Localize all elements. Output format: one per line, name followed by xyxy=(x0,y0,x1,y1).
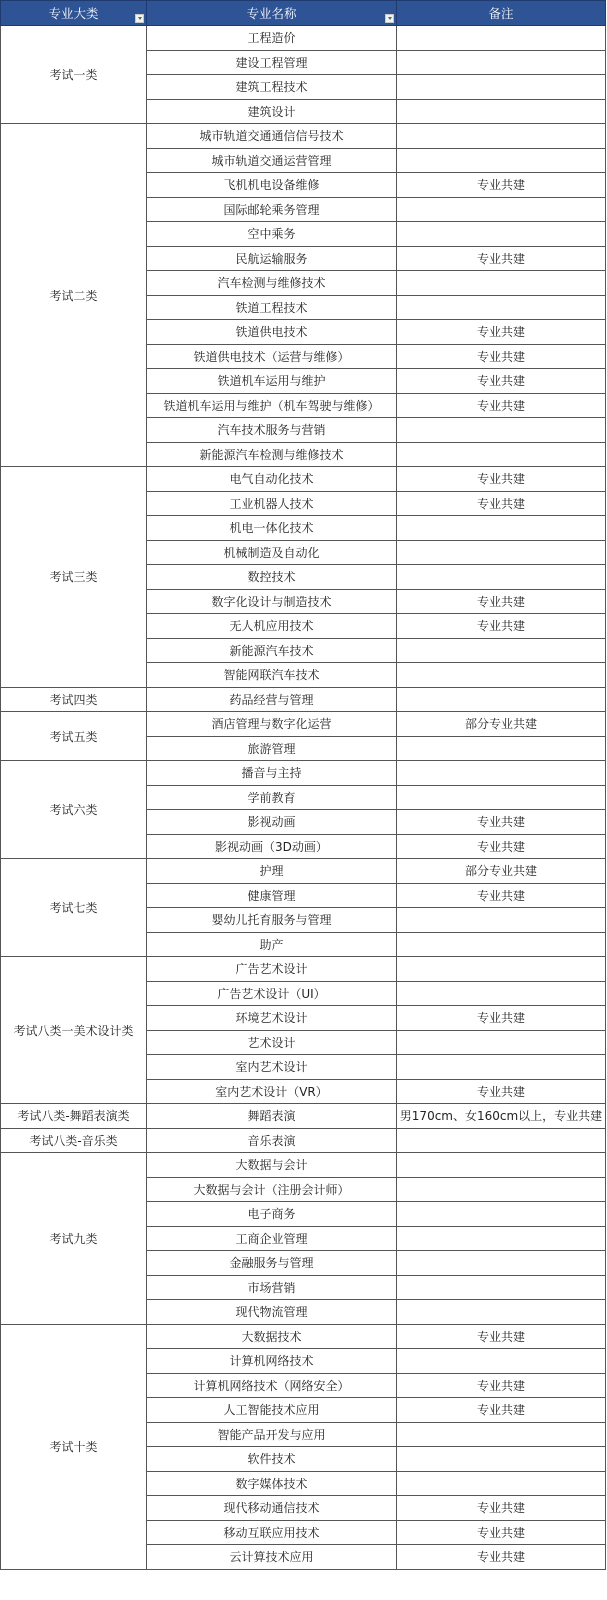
note-cell[interactable]: 专业共建 xyxy=(397,344,606,369)
major-cell[interactable]: 大数据与会计（注册会计师） xyxy=(147,1177,397,1202)
table-row: 考试十类大数据技术专业共建 xyxy=(1,1324,606,1349)
major-cell[interactable]: 铁道机车运用与维护（机车驾驶与维修） xyxy=(147,393,397,418)
note-cell[interactable]: 部分专业共建 xyxy=(397,712,606,737)
major-cell[interactable]: 金融服务与管理 xyxy=(147,1251,397,1276)
note-cell[interactable] xyxy=(397,1055,606,1080)
note-cell[interactable]: 专业共建 xyxy=(397,467,606,492)
major-cell[interactable]: 飞机机电设备维修 xyxy=(147,173,397,198)
note-cell[interactable]: 专业共建 xyxy=(397,1496,606,1521)
note-cell[interactable]: 专业共建 xyxy=(397,320,606,345)
major-cell[interactable]: 民航运输服务 xyxy=(147,246,397,271)
header-note: 备注 xyxy=(397,1,606,26)
major-cell[interactable]: 新能源汽车检测与维修技术 xyxy=(147,442,397,467)
note-cell[interactable] xyxy=(397,1128,606,1153)
table-row: 考试四类药品经营与管理 xyxy=(1,687,606,712)
table-row: 考试三类电气自动化技术专业共建 xyxy=(1,467,606,492)
major-cell[interactable]: 铁道供电技术 xyxy=(147,320,397,345)
major-cell[interactable]: 软件技术 xyxy=(147,1447,397,1472)
note-cell[interactable] xyxy=(397,1153,606,1178)
note-cell[interactable]: 专业共建 xyxy=(397,1545,606,1570)
major-cell[interactable]: 云计算技术应用 xyxy=(147,1545,397,1570)
table-row: 考试九类大数据与会计 xyxy=(1,1153,606,1178)
major-cell[interactable]: 智能网联汽车技术 xyxy=(147,663,397,688)
note-cell[interactable] xyxy=(397,638,606,663)
category-cell[interactable]: 考试八类一美术设计类 xyxy=(1,957,147,1104)
note-cell[interactable] xyxy=(397,418,606,443)
major-cell[interactable]: 汽车检测与维修技术 xyxy=(147,271,397,296)
table-row: 考试七类护理部分专业共建 xyxy=(1,859,606,884)
major-cell[interactable]: 机械制造及自动化 xyxy=(147,540,397,565)
note-cell[interactable]: 专业共建 xyxy=(397,589,606,614)
note-cell[interactable]: 专业共建 xyxy=(397,1398,606,1423)
note-cell[interactable]: 专业共建 xyxy=(397,369,606,394)
header-major: 专业名称 xyxy=(147,1,397,26)
major-cell[interactable]: 广告艺术设计（UI） xyxy=(147,981,397,1006)
major-cell[interactable]: 艺术设计 xyxy=(147,1030,397,1055)
major-cell[interactable]: 现代物流管理 xyxy=(147,1300,397,1325)
major-cell[interactable]: 护理 xyxy=(147,859,397,884)
note-cell[interactable] xyxy=(397,148,606,173)
category-cell[interactable]: 考试八类-舞蹈表演类 xyxy=(1,1104,147,1129)
note-cell[interactable] xyxy=(397,761,606,786)
category-cell[interactable]: 考试八类-音乐类 xyxy=(1,1128,147,1153)
category-cell[interactable]: 考试七类 xyxy=(1,859,147,957)
major-cell[interactable]: 无人机应用技术 xyxy=(147,614,397,639)
major-cell[interactable]: 助产 xyxy=(147,932,397,957)
major-cell[interactable]: 国际邮轮乘务管理 xyxy=(147,197,397,222)
note-cell[interactable] xyxy=(397,1251,606,1276)
note-cell[interactable] xyxy=(397,1030,606,1055)
note-cell[interactable] xyxy=(397,295,606,320)
note-cell[interactable] xyxy=(397,442,606,467)
note-cell[interactable] xyxy=(397,75,606,100)
major-cell[interactable]: 汽车技术服务与营销 xyxy=(147,418,397,443)
note-cell[interactable] xyxy=(397,1471,606,1496)
major-cell[interactable]: 电子商务 xyxy=(147,1202,397,1227)
major-cell[interactable]: 播音与主持 xyxy=(147,761,397,786)
note-cell[interactable]: 专业共建 xyxy=(397,491,606,516)
major-cell[interactable]: 建筑工程技术 xyxy=(147,75,397,100)
major-cell[interactable]: 婴幼儿托育服务与管理 xyxy=(147,908,397,933)
note-cell[interactable]: 专业共建 xyxy=(397,393,606,418)
note-cell[interactable] xyxy=(397,26,606,51)
note-cell[interactable]: 专业共建 xyxy=(397,1324,606,1349)
note-cell[interactable] xyxy=(397,540,606,565)
note-cell[interactable] xyxy=(397,271,606,296)
major-cell[interactable]: 移动互联应用技术 xyxy=(147,1520,397,1545)
major-cell[interactable]: 城市轨道交通通信信号技术 xyxy=(147,124,397,149)
note-cell[interactable] xyxy=(397,957,606,982)
note-cell[interactable]: 专业共建 xyxy=(397,834,606,859)
note-cell[interactable]: 专业共建 xyxy=(397,246,606,271)
category-cell[interactable]: 考试二类 xyxy=(1,124,147,467)
header-category-label: 专业大类 xyxy=(48,6,98,21)
category-cell[interactable]: 考试四类 xyxy=(1,687,147,712)
note-cell[interactable] xyxy=(397,516,606,541)
major-cell[interactable]: 广告艺术设计 xyxy=(147,957,397,982)
major-cell[interactable]: 音乐表演 xyxy=(147,1128,397,1153)
table-row: 考试八类一美术设计类广告艺术设计 xyxy=(1,957,606,982)
note-cell[interactable] xyxy=(397,1422,606,1447)
major-cell[interactable]: 工商企业管理 xyxy=(147,1226,397,1251)
major-cell[interactable]: 市场营销 xyxy=(147,1275,397,1300)
note-cell[interactable] xyxy=(397,981,606,1006)
note-cell[interactable]: 专业共建 xyxy=(397,173,606,198)
major-cell[interactable]: 环境艺术设计 xyxy=(147,1006,397,1031)
note-cell[interactable] xyxy=(397,1349,606,1374)
note-cell[interactable]: 部分专业共建 xyxy=(397,859,606,884)
table-row: 考试八类-音乐类音乐表演 xyxy=(1,1128,606,1153)
header-category: 专业大类 xyxy=(1,1,147,26)
note-cell[interactable] xyxy=(397,687,606,712)
major-cell[interactable]: 空中乘务 xyxy=(147,222,397,247)
category-cell[interactable]: 考试三类 xyxy=(1,467,147,688)
major-cell[interactable]: 舞蹈表演 xyxy=(147,1104,397,1129)
note-cell[interactable]: 专业共建 xyxy=(397,1006,606,1031)
major-cell[interactable]: 新能源汽车技术 xyxy=(147,638,397,663)
table-row: 考试六类播音与主持 xyxy=(1,761,606,786)
major-cell[interactable]: 室内艺术设计（VR） xyxy=(147,1079,397,1104)
major-cell[interactable]: 计算机网络技术 xyxy=(147,1349,397,1374)
major-cell[interactable]: 铁道供电技术（运营与维修） xyxy=(147,344,397,369)
major-cell[interactable]: 数字化设计与制造技术 xyxy=(147,589,397,614)
major-cell[interactable]: 铁道机车运用与维护 xyxy=(147,369,397,394)
note-cell[interactable] xyxy=(397,932,606,957)
note-cell[interactable]: 专业共建 xyxy=(397,614,606,639)
major-cell[interactable]: 电气自动化技术 xyxy=(147,467,397,492)
note-cell[interactable] xyxy=(397,124,606,149)
note-cell[interactable] xyxy=(397,1177,606,1202)
major-cell[interactable]: 学前教育 xyxy=(147,785,397,810)
note-cell[interactable] xyxy=(397,565,606,590)
category-cell[interactable]: 考试一类 xyxy=(1,26,147,124)
major-cell[interactable]: 建筑设计 xyxy=(147,99,397,124)
major-cell[interactable]: 铁道工程技术 xyxy=(147,295,397,320)
note-cell[interactable]: 专业共建 xyxy=(397,1079,606,1104)
note-cell[interactable] xyxy=(397,1300,606,1325)
major-cell[interactable]: 数控技术 xyxy=(147,565,397,590)
major-cell[interactable]: 影视动画（3D动画） xyxy=(147,834,397,859)
major-cell[interactable]: 酒店管理与数字化运营 xyxy=(147,712,397,737)
header-row: 专业大类 专业名称 备注 xyxy=(1,1,606,26)
note-cell[interactable] xyxy=(397,1447,606,1472)
major-cell[interactable]: 大数据技术 xyxy=(147,1324,397,1349)
note-cell[interactable] xyxy=(397,222,606,247)
table-row: 考试一类工程造价 xyxy=(1,26,606,51)
category-cell[interactable]: 考试六类 xyxy=(1,761,147,859)
major-cell[interactable]: 大数据与会计 xyxy=(147,1153,397,1178)
note-cell[interactable]: 专业共建 xyxy=(397,1520,606,1545)
major-cell[interactable]: 计算机网络技术（网络安全） xyxy=(147,1373,397,1398)
major-cell[interactable]: 机电一体化技术 xyxy=(147,516,397,541)
major-cell[interactable]: 旅游管理 xyxy=(147,736,397,761)
note-cell[interactable] xyxy=(397,197,606,222)
category-cell[interactable]: 考试五类 xyxy=(1,712,147,761)
major-cell[interactable]: 城市轨道交通运营管理 xyxy=(147,148,397,173)
note-cell[interactable] xyxy=(397,50,606,75)
filter-dropdown-icon[interactable] xyxy=(385,14,394,23)
note-cell[interactable]: 专业共建 xyxy=(397,1373,606,1398)
note-cell[interactable] xyxy=(397,99,606,124)
category-cell[interactable]: 考试九类 xyxy=(1,1153,147,1325)
note-cell[interactable] xyxy=(397,1202,606,1227)
major-cell[interactable]: 药品经营与管理 xyxy=(147,687,397,712)
note-cell[interactable] xyxy=(397,1275,606,1300)
major-cell[interactable]: 现代移动通信技术 xyxy=(147,1496,397,1521)
note-cell[interactable]: 专业共建 xyxy=(397,810,606,835)
note-cell[interactable] xyxy=(397,785,606,810)
table-row: 考试二类城市轨道交通通信信号技术 xyxy=(1,124,606,149)
major-cell[interactable]: 数字媒体技术 xyxy=(147,1471,397,1496)
major-cell[interactable]: 工程造价 xyxy=(147,26,397,51)
major-cell[interactable]: 智能产品开发与应用 xyxy=(147,1422,397,1447)
note-cell[interactable] xyxy=(397,663,606,688)
note-cell[interactable] xyxy=(397,736,606,761)
major-cell[interactable]: 室内艺术设计 xyxy=(147,1055,397,1080)
table-row: 考试八类-舞蹈表演类舞蹈表演男170cm、女160cm以上，专业共建 xyxy=(1,1104,606,1129)
header-note-label: 备注 xyxy=(488,6,513,21)
major-cell[interactable]: 健康管理 xyxy=(147,883,397,908)
note-cell[interactable] xyxy=(397,908,606,933)
major-cell[interactable]: 影视动画 xyxy=(147,810,397,835)
note-cell[interactable]: 男170cm、女160cm以上，专业共建 xyxy=(397,1104,606,1129)
major-cell[interactable]: 建设工程管理 xyxy=(147,50,397,75)
note-cell[interactable] xyxy=(397,1226,606,1251)
majors-table: 专业大类 专业名称 备注 考试一类工程造价建设工程管理建筑工程技术建筑设计考试二… xyxy=(0,0,606,1570)
major-cell[interactable]: 人工智能技术应用 xyxy=(147,1398,397,1423)
header-major-label: 专业名称 xyxy=(246,6,296,21)
filter-dropdown-icon[interactable] xyxy=(135,14,144,23)
category-cell[interactable]: 考试十类 xyxy=(1,1324,147,1569)
table-row: 考试五类酒店管理与数字化运营部分专业共建 xyxy=(1,712,606,737)
note-cell[interactable]: 专业共建 xyxy=(397,883,606,908)
major-cell[interactable]: 工业机器人技术 xyxy=(147,491,397,516)
